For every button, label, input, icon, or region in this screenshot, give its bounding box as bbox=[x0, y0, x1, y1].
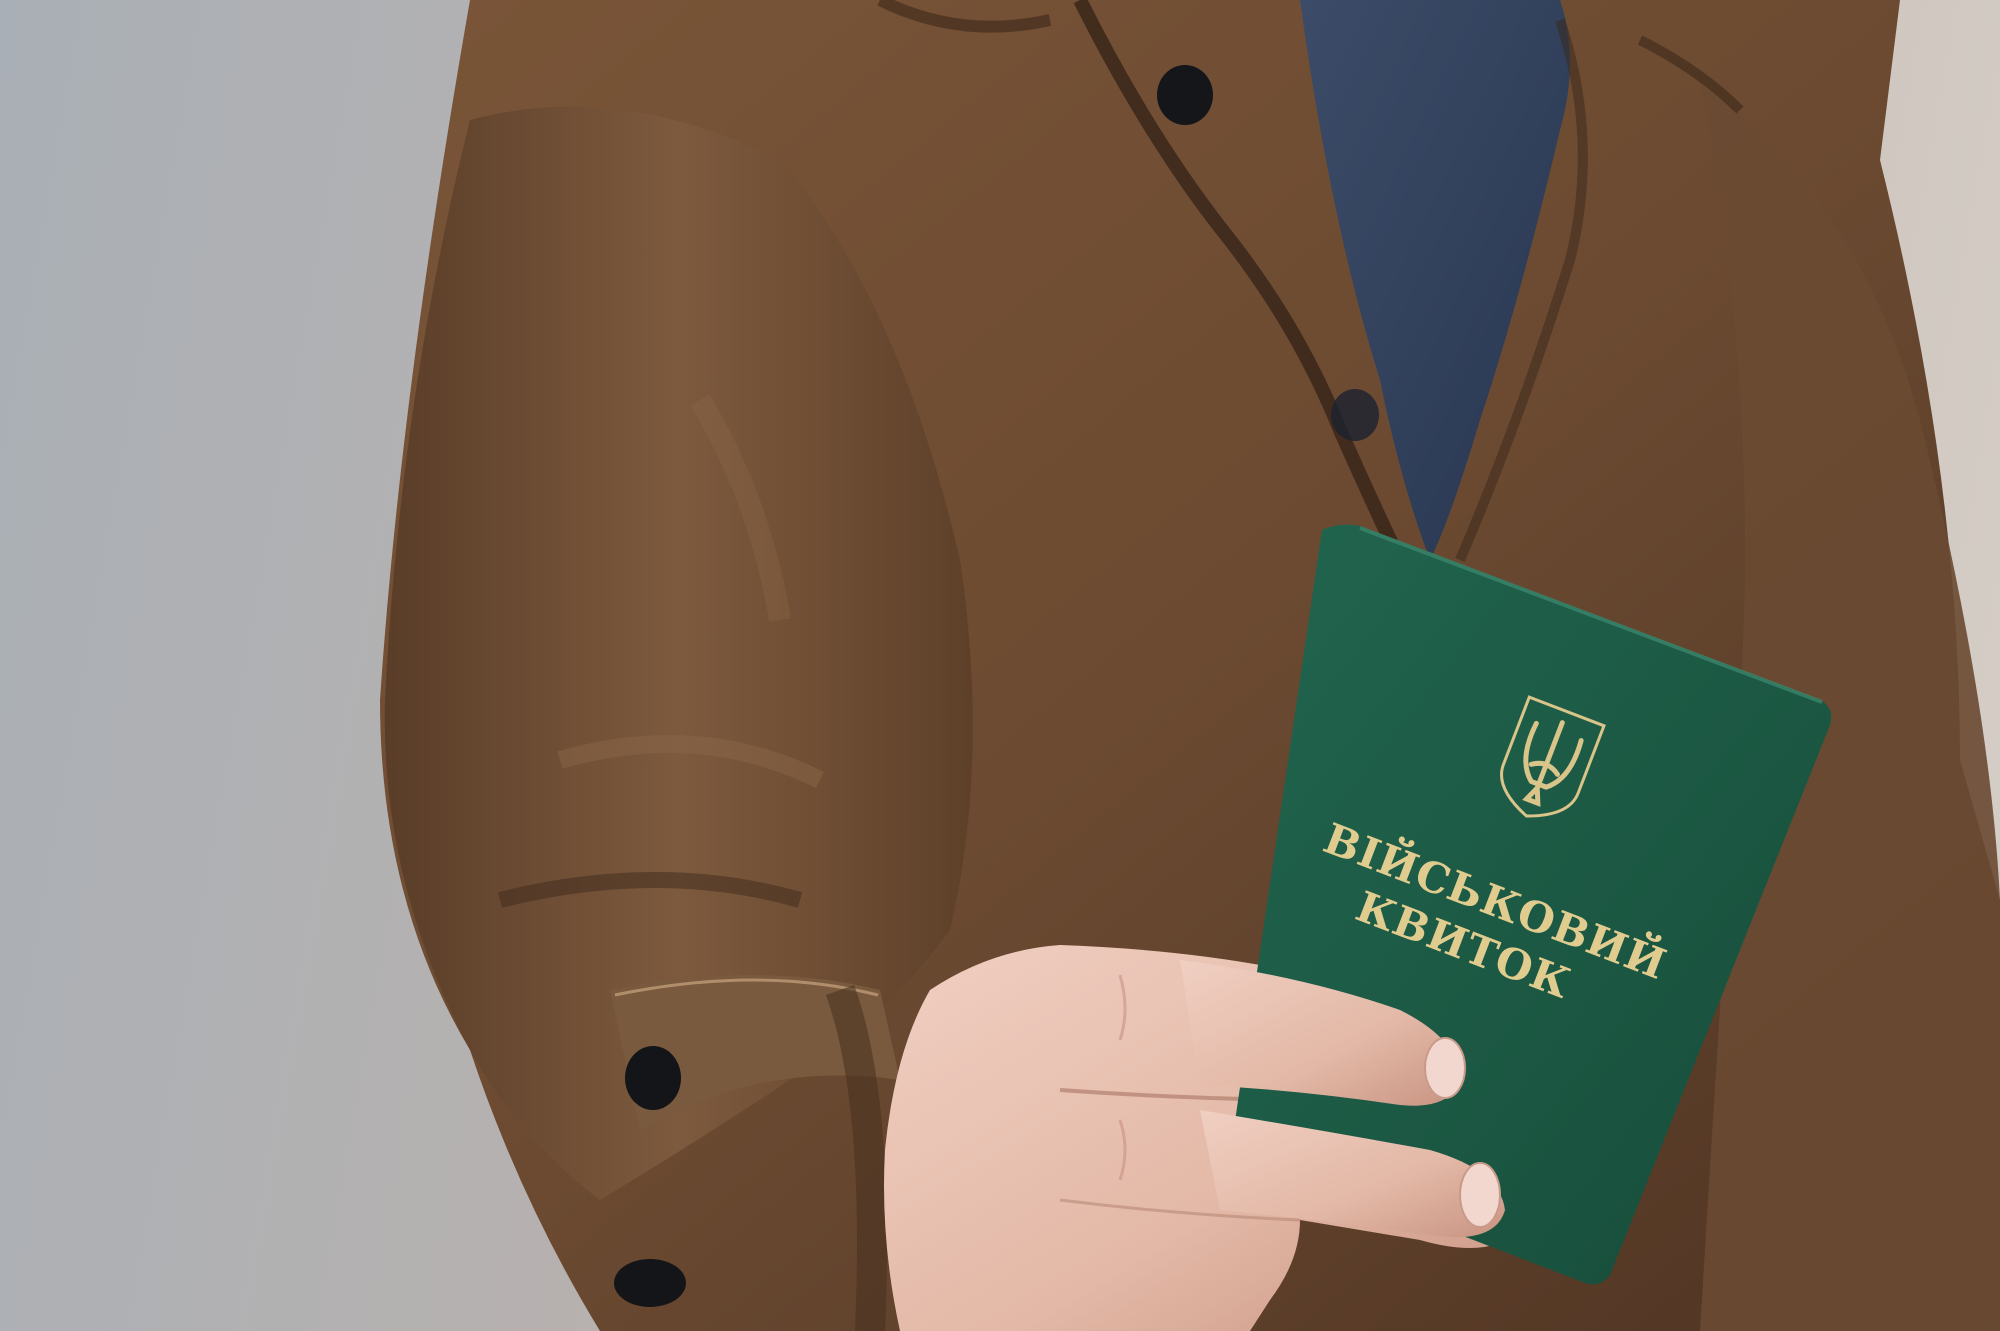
photo-illustration: ВІЙСЬКОВИЙ КВИТОК bbox=[0, 0, 2000, 1331]
photo-scene: ВІЙСЬКОВИЙ КВИТОК bbox=[0, 0, 2000, 1331]
